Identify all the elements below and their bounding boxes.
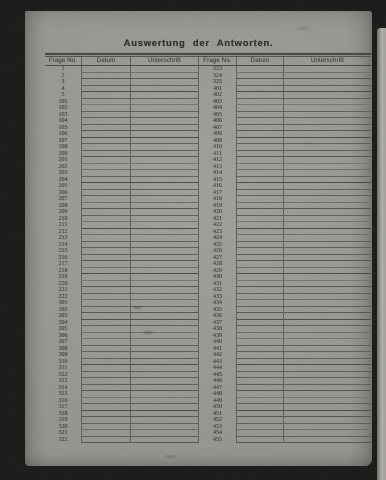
- header-datum: Datum: [81, 57, 130, 66]
- adjacent-page-edge: [377, 28, 386, 480]
- unterschrift-blank-line: [283, 437, 371, 444]
- pen-smudge: [143, 331, 153, 334]
- page-title: Auswertung der Antworten.: [25, 38, 372, 49]
- table-body-half-left: 1234510110210310410510610710810920120220…: [45, 66, 198, 443]
- datum-blank-line: [81, 437, 130, 444]
- pen-smudge: [297, 27, 309, 30]
- scan-background: Auswertung der Antworten. Frage No. Datu…: [0, 0, 386, 480]
- table-top-rule: [45, 53, 371, 55]
- frage-no-value: 455: [199, 437, 236, 444]
- header-unterschrift: Unterschrift: [283, 57, 371, 66]
- table-row: 322: [45, 437, 198, 444]
- header-half-right: Frage No. Datum Unterschrift: [198, 57, 371, 66]
- header-datum: Datum: [236, 57, 283, 66]
- frage-no-value: 322: [45, 437, 81, 444]
- table-header-row: Frage No. Datum Unterschrift Frage No. D…: [45, 57, 371, 66]
- header-frage-no: Frage No.: [45, 57, 81, 66]
- unterschrift-blank-line: [130, 437, 198, 444]
- header-frage-no: Frage No.: [199, 57, 236, 66]
- header-unterschrift: Unterschrift: [130, 57, 198, 66]
- datum-blank-line: [236, 437, 283, 444]
- header-half-left: Frage No. Datum Unterschrift: [45, 57, 198, 66]
- answers-table: Frage No. Datum Unterschrift Frage No. D…: [45, 53, 371, 443]
- table-body-half-right: 3233243254014024034044054064074084094104…: [198, 66, 371, 443]
- table-body: 1234510110210310410510610710810920120220…: [45, 66, 371, 443]
- table-row: 455: [199, 437, 371, 444]
- pen-smudge: [165, 455, 176, 458]
- document-page: Auswertung der Antworten. Frage No. Datu…: [25, 11, 372, 466]
- pen-smudge: [133, 306, 142, 309]
